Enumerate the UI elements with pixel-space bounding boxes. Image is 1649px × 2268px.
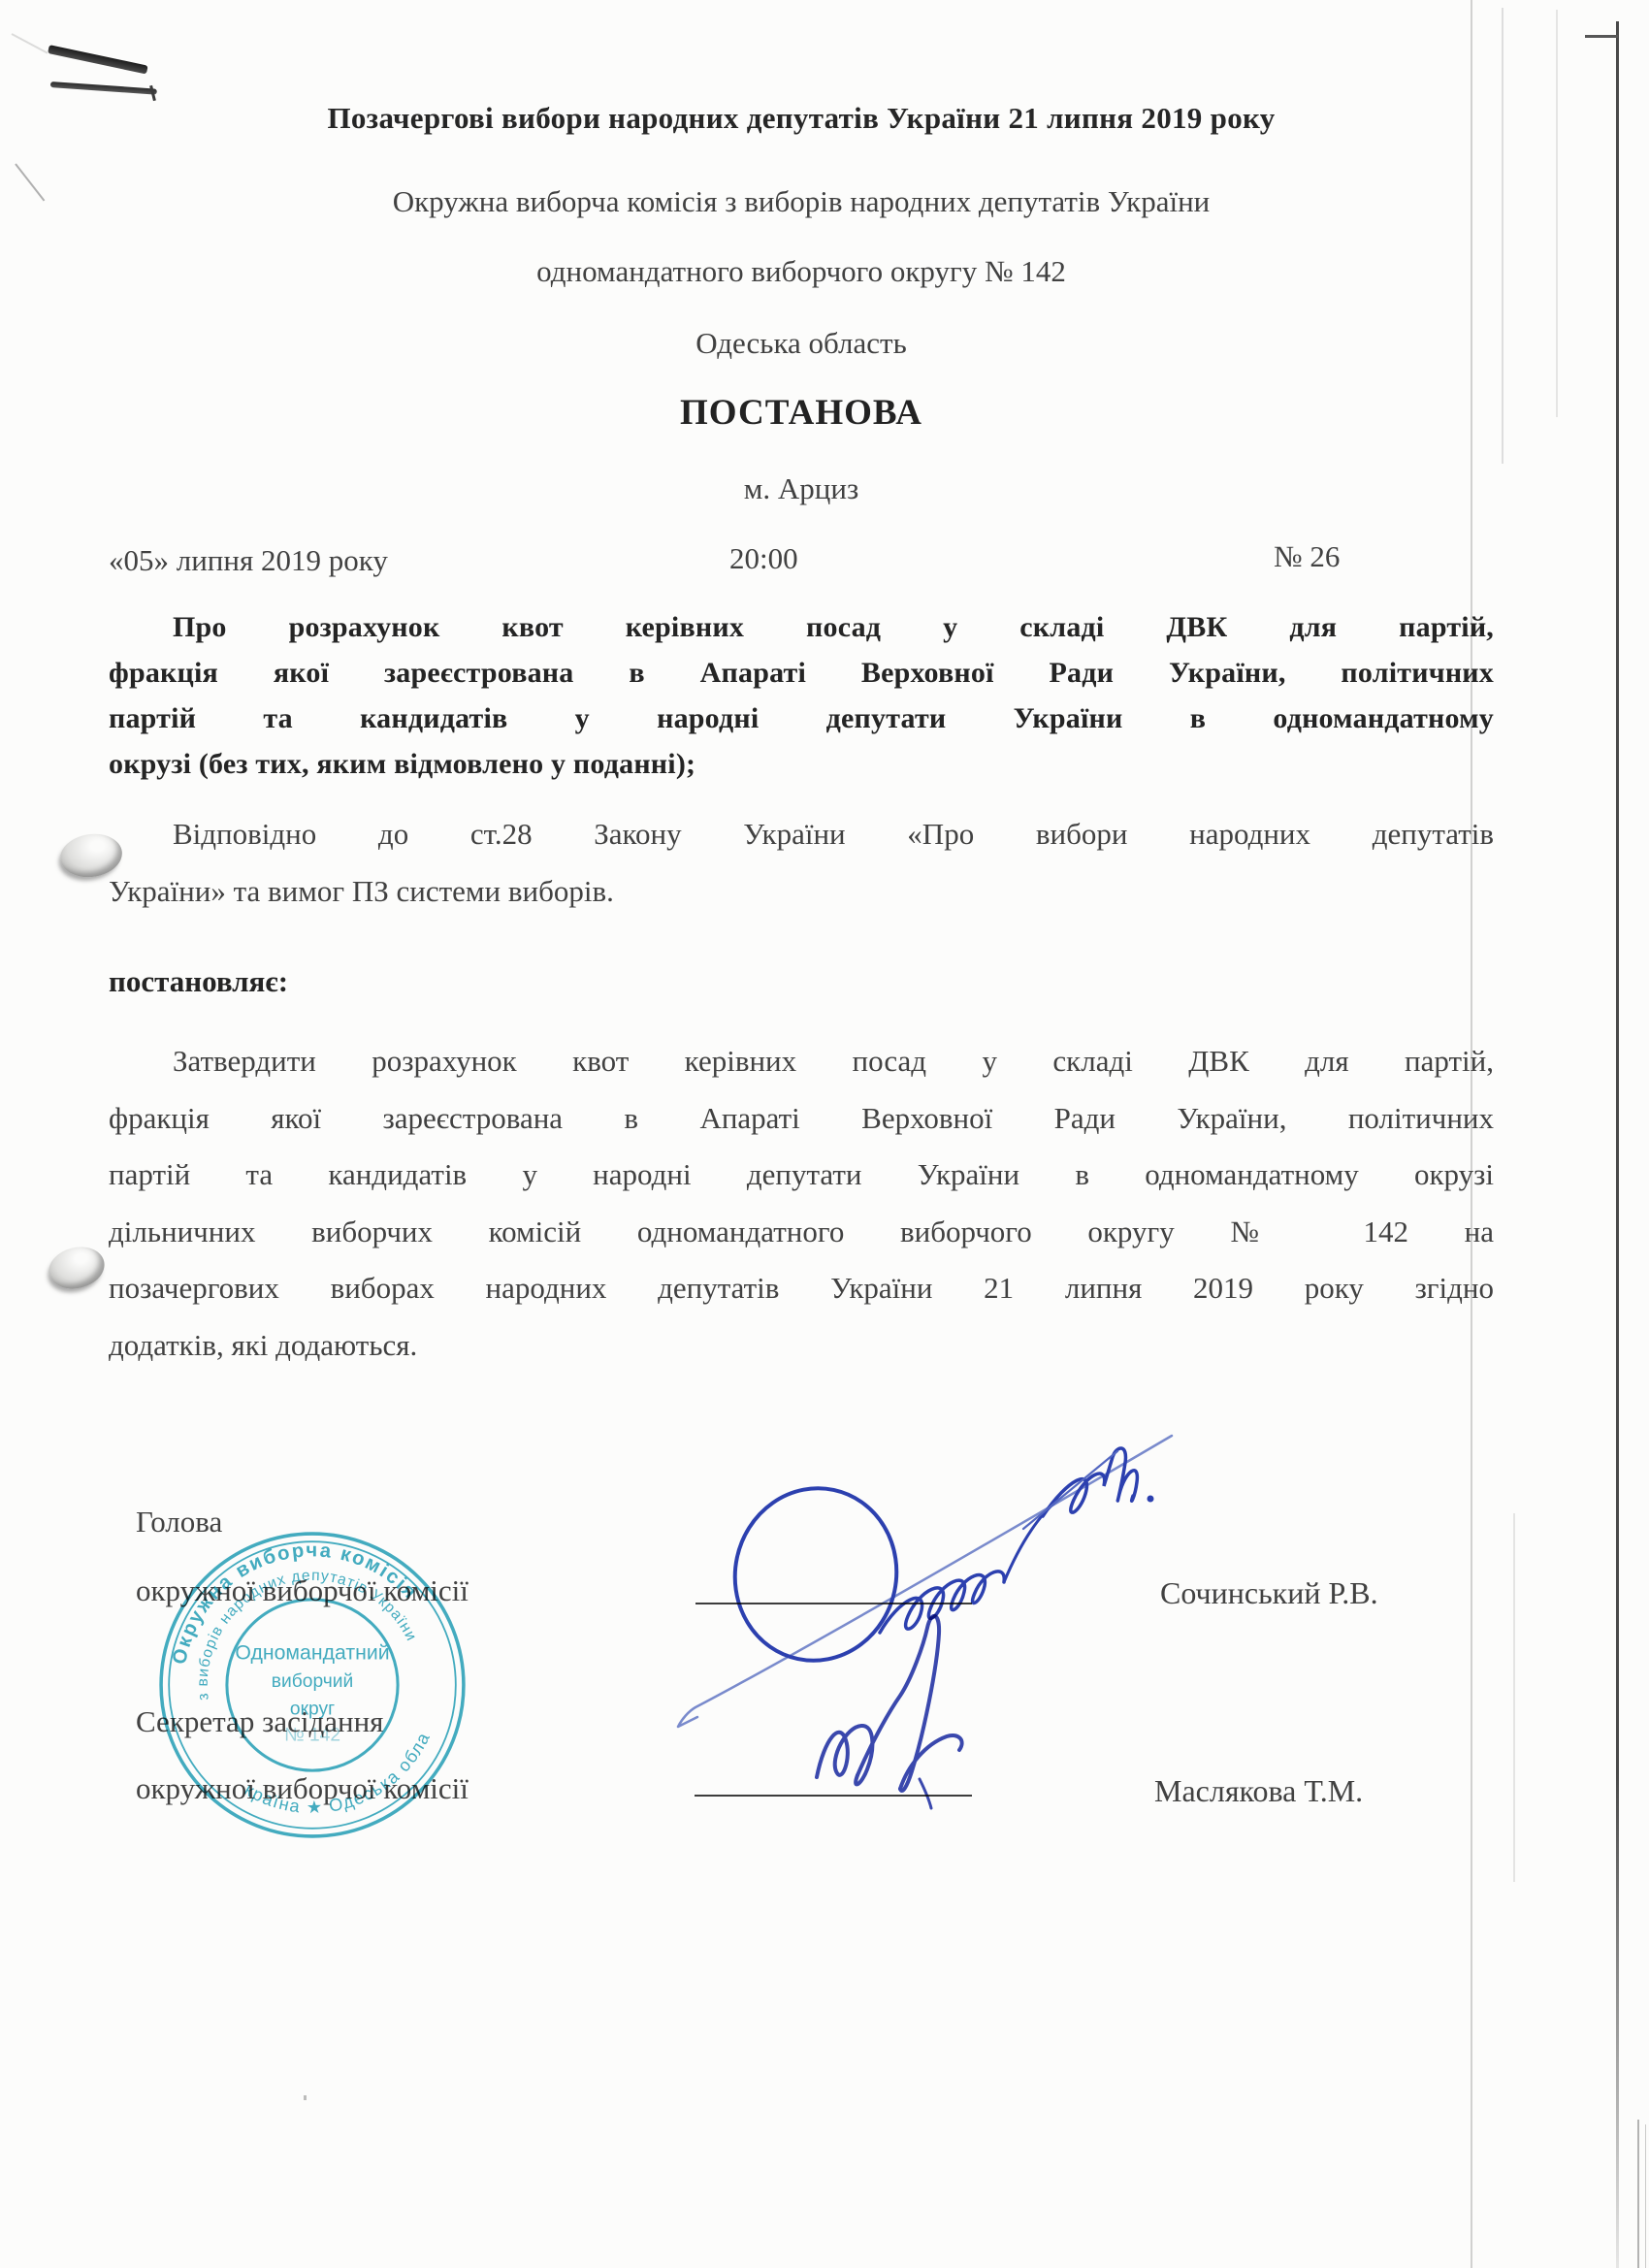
scan-line: [1645, 2124, 1646, 2268]
scan-scratch: [12, 33, 48, 53]
stamp-center-line3: округ: [290, 1699, 335, 1719]
signature-stroke: [920, 1779, 931, 1808]
election-title: Позачергові вибори народних депутатів Ук…: [109, 101, 1494, 136]
document-line: дільничних виборчих комісій одномандатно…: [109, 1215, 1494, 1272]
city-name: м. Арциз: [109, 471, 1494, 506]
document-date: «05» липня 2019 року: [109, 543, 388, 578]
document-line: позачергових виборах народних депутатів …: [109, 1271, 1494, 1328]
stamp-center-line4: № 142: [284, 1726, 340, 1746]
document-line: Про розрахунок квот керівних посад у скл…: [109, 611, 1494, 657]
staple-mark: [48, 45, 148, 74]
staple-mark: [50, 81, 157, 95]
document-number: № 26: [1274, 539, 1340, 574]
document-line: Затвердити розрахунок квот керівних поса…: [109, 1044, 1494, 1101]
scan-line: [1637, 2120, 1639, 2268]
document-time: 20:00: [729, 541, 798, 576]
document-line: окрузі (без тих, яким відмовлено у подан…: [109, 748, 1494, 794]
resolution-paragraph: Затвердити розрахунок квот керівних поса…: [109, 1044, 1494, 1384]
secretary-signature: [803, 1606, 1065, 1815]
stamp-center-line2: виборчий: [272, 1671, 353, 1692]
subject-paragraph: Про розрахунок квот керівних посад у скл…: [109, 611, 1494, 794]
signature-stroke: [1023, 1451, 1117, 1529]
signature-stroke: [1004, 1500, 1058, 1582]
scan-scratch: [15, 163, 45, 201]
resolves-label: постановляє:: [109, 964, 288, 999]
scan-line: [1513, 1513, 1515, 1882]
stamp-center-line1: Одномандатний: [235, 1641, 389, 1665]
document-line: фракція якої зареєстрована в Апараті Вер…: [109, 657, 1494, 702]
commission-stamp: Окружна виборча комісія з виборів народн…: [155, 1528, 469, 1842]
scan-speck: [304, 2095, 307, 2100]
secretary-name: Маслякова Т.М.: [1154, 1773, 1363, 1809]
scan-line: [1556, 10, 1558, 417]
scan-line: [1502, 8, 1503, 464]
document-type-heading: ПОСТАНОВА: [109, 392, 1494, 434]
region-name: Одеська область: [109, 326, 1494, 361]
document-line: фракція якої зареєстрована в Апараті Вер…: [109, 1101, 1494, 1158]
document-line: Відповідно до ст.28 Закону України «Про …: [109, 817, 1494, 874]
scan-edge-tick: [1585, 35, 1618, 38]
scan-edge-line: [1616, 21, 1619, 2268]
commission-name-line1: Окружна виборча комісія з виборів народн…: [109, 184, 1494, 219]
document-line: партій та кандидатів у народні депутати …: [109, 1157, 1494, 1215]
scanned-decree-page: Позачергові вибори народних депутатів Ук…: [0, 0, 1649, 2268]
signature-dot: [1148, 1496, 1154, 1503]
hole-punch-mark: [45, 1242, 109, 1295]
document-line: додатків, які додаються.: [109, 1328, 1494, 1385]
commission-name-line2: одномандатного виборчого округу № 142: [109, 254, 1494, 289]
document-line: партій та кандидатів у народні депутати …: [109, 702, 1494, 748]
signature-stroke: [817, 1726, 872, 1784]
document-line: України» та вимог ПЗ системи виборів.: [109, 874, 1494, 931]
preamble-paragraph: Відповідно до ст.28 Закону України «Про …: [109, 817, 1494, 931]
